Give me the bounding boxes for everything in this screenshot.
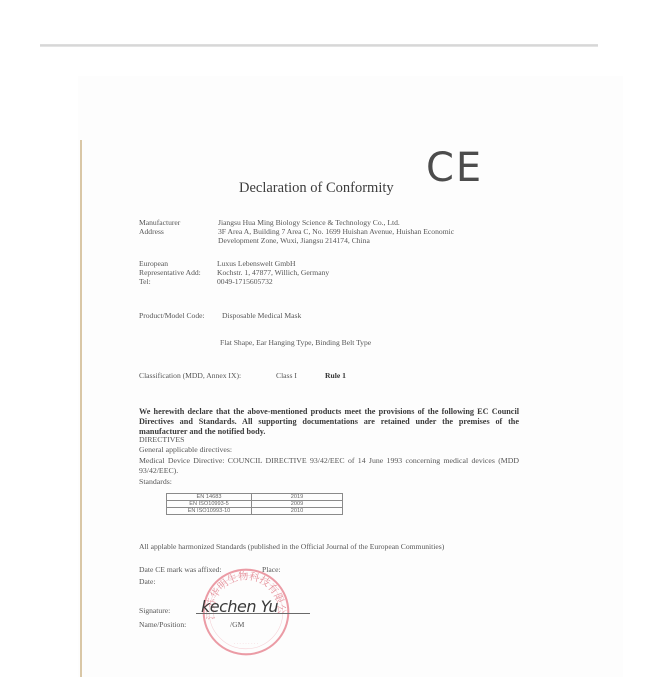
directives-block: DIRECTIVES General applicable directives… [139,435,519,487]
manufacturer-address-2: Development Zone, Wuxi, Jiangsu 214174, … [218,236,370,245]
classification-label: Classification (MDD, Annex IX): [139,371,241,380]
position-value: /GM [230,620,244,629]
document-title: Declaration of Conformity [239,180,394,197]
table-row: EN ISO10993-5 2009 [167,501,343,508]
svg-text:· · · · · · · · ·: · · · · · · · · · [234,642,259,647]
product-label: Product/Model Code: [139,311,205,320]
manufacturer-name: Jiangsu Hua Ming Biology Science & Techn… [218,218,400,227]
manufacturer-address-1: 3F Area A, Building 7 Area C, No. 1699 H… [218,227,454,236]
directives-mdd: Medical Device Directive: COUNCIL DIRECT… [139,456,519,477]
table-row: EN ISO10993-10 2010 [167,508,343,515]
ce-mark-icon: CE [426,148,483,188]
standards-label: Standards: [139,477,519,487]
year-cell: 2009 [252,501,343,508]
year-cell: 2010 [252,508,343,515]
representative-name: Luxus Lebenswelt GmbH [217,259,295,268]
tel-label: Tel: [139,277,151,286]
table-row: EN 14683 2019 [167,494,343,501]
standards-table: EN 14683 2019 EN ISO10993-5 2009 EN ISO1… [166,493,343,515]
top-divider [40,44,598,47]
directives-general: General applicable directives: [139,445,519,455]
classification-rule: Rule 1 [325,371,346,380]
date-label: Date: [139,577,155,586]
directives-heading: DIRECTIVES [139,435,519,445]
product-name: Disposable Medical Mask [222,311,301,320]
product-types: Flat Shape, Ear Hanging Type, Binding Be… [220,338,371,347]
signature-line [196,613,310,614]
representative-address: Kochstr. 1, 47877, Willich, Germany [217,268,329,277]
manufacturer-label: Manufacturer [139,218,180,227]
harmonized-note: All applable harmonized Standards (publi… [139,542,444,551]
classification-class: Class I [276,371,297,380]
representative-tel: 0049-1715605732 [217,277,273,286]
address-label: Address [139,227,164,236]
representative-label-2: Representative Add: [139,268,201,277]
standard-cell: EN ISO10993-10 [167,508,252,515]
name-position-label: Name/Position: [139,620,186,629]
declaration-text: We herewith declare that the above-menti… [139,407,519,437]
year-cell: 2019 [252,494,343,501]
standard-cell: EN ISO10993-5 [167,501,252,508]
standard-cell: EN 14683 [167,494,252,501]
page-edge-line [80,140,82,677]
signature-label: Signature: [139,606,170,615]
representative-label-1: European [139,259,168,268]
